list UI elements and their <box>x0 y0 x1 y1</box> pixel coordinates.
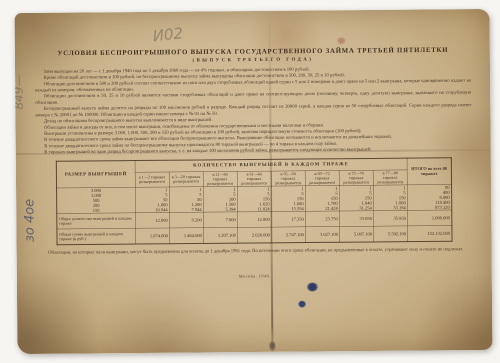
column-header: в 65—68 тиражах разыгрывается <box>271 171 305 187</box>
winnings-table: РАЗМЕР ВЫИГРЫШЕЙ КОЛИЧЕСТВО ВЫИГРЫШЕЙ В … <box>56 157 453 245</box>
column-header: в 3—20 тиражах разыгрывается <box>169 171 203 187</box>
summary-row-label: Общее количество выигрышей в каждом тира… <box>57 213 136 229</box>
column-header: в 21—60 тиражах разыгрывается <box>203 171 237 187</box>
table-cell: 33.050 <box>339 211 373 227</box>
table-sum-row: Общая сумма выигрышей в каждом тираже (в… <box>57 226 452 245</box>
column-header: в 1—2 тиражах разыгрывается <box>135 172 169 188</box>
footer-paragraph: Облигации, на которые пали выигрыши, мог… <box>40 246 470 256</box>
table-cell: 1.874.600 <box>135 228 169 244</box>
photo-background: И02 849— зо 4ое УСЛОВИЯ БЕСПРОИГРЫШНОГО … <box>0 0 500 363</box>
table-cell: 5.502.100 <box>374 226 408 242</box>
row-total-cell: 1.000.000 <box>408 210 452 226</box>
table-cell: 23.750 <box>305 211 339 227</box>
table-cell: 17.350 <box>271 212 305 228</box>
summary-row-label: Общая сумма выигрышей в каждом тираже (в… <box>57 229 136 245</box>
ink-blot <box>298 301 306 308</box>
imprint-line: Москва. 1940. <box>37 271 473 280</box>
row-total-cell: 152.132.000 <box>408 226 452 242</box>
table-cell: 9.200 <box>169 212 203 228</box>
ink-blot <box>307 282 318 291</box>
column-header: в 77—80 тиражах разыгрывается <box>373 170 407 186</box>
table-cell: 2.747.100 <box>272 227 306 243</box>
table-cell: 1.464.600 <box>170 228 204 244</box>
table-cell: 2.028.600 <box>238 227 272 243</box>
document-paper: И02 849— зо 4ое УСЛОВИЯ БЕСПРОИГРЫШНОГО … <box>15 9 493 354</box>
column-header: в 73—76 тиражах разыгрывается <box>339 170 373 186</box>
column-header: в 69—72 тиражах разыгрывается <box>305 170 339 186</box>
body-text: Заем выпущен на 20 лет — с 1 декабря 194… <box>35 65 472 156</box>
table-cell: 7.000 <box>203 212 237 228</box>
table-cell: 3.627.100 <box>306 227 340 243</box>
ink-blot <box>269 341 275 351</box>
table-total-header: ИТОГО во всех 80 тиражах <box>407 158 451 185</box>
table-corner-header: РАЗМЕР ВЫИГРЫШЕЙ <box>56 160 135 188</box>
printed-content: УСЛОВИЯ БЕСПРОИГРЫШНОГО ВЫПУСКА ГОСУДАРС… <box>15 9 492 280</box>
table-cell: 35.950 <box>374 211 408 227</box>
table-cell: 1.207.100 <box>204 228 238 244</box>
table-cell: 5.097.100 <box>340 226 374 242</box>
document-subtitle: (ВЫПУСК ТРЕТЬЕГО ГОДА) <box>35 56 471 65</box>
table-cell: 12.800 <box>237 212 271 228</box>
column-header: в 61—64 тиражах разыгрывается <box>237 171 271 187</box>
table-cell: 12.000 <box>135 213 169 229</box>
